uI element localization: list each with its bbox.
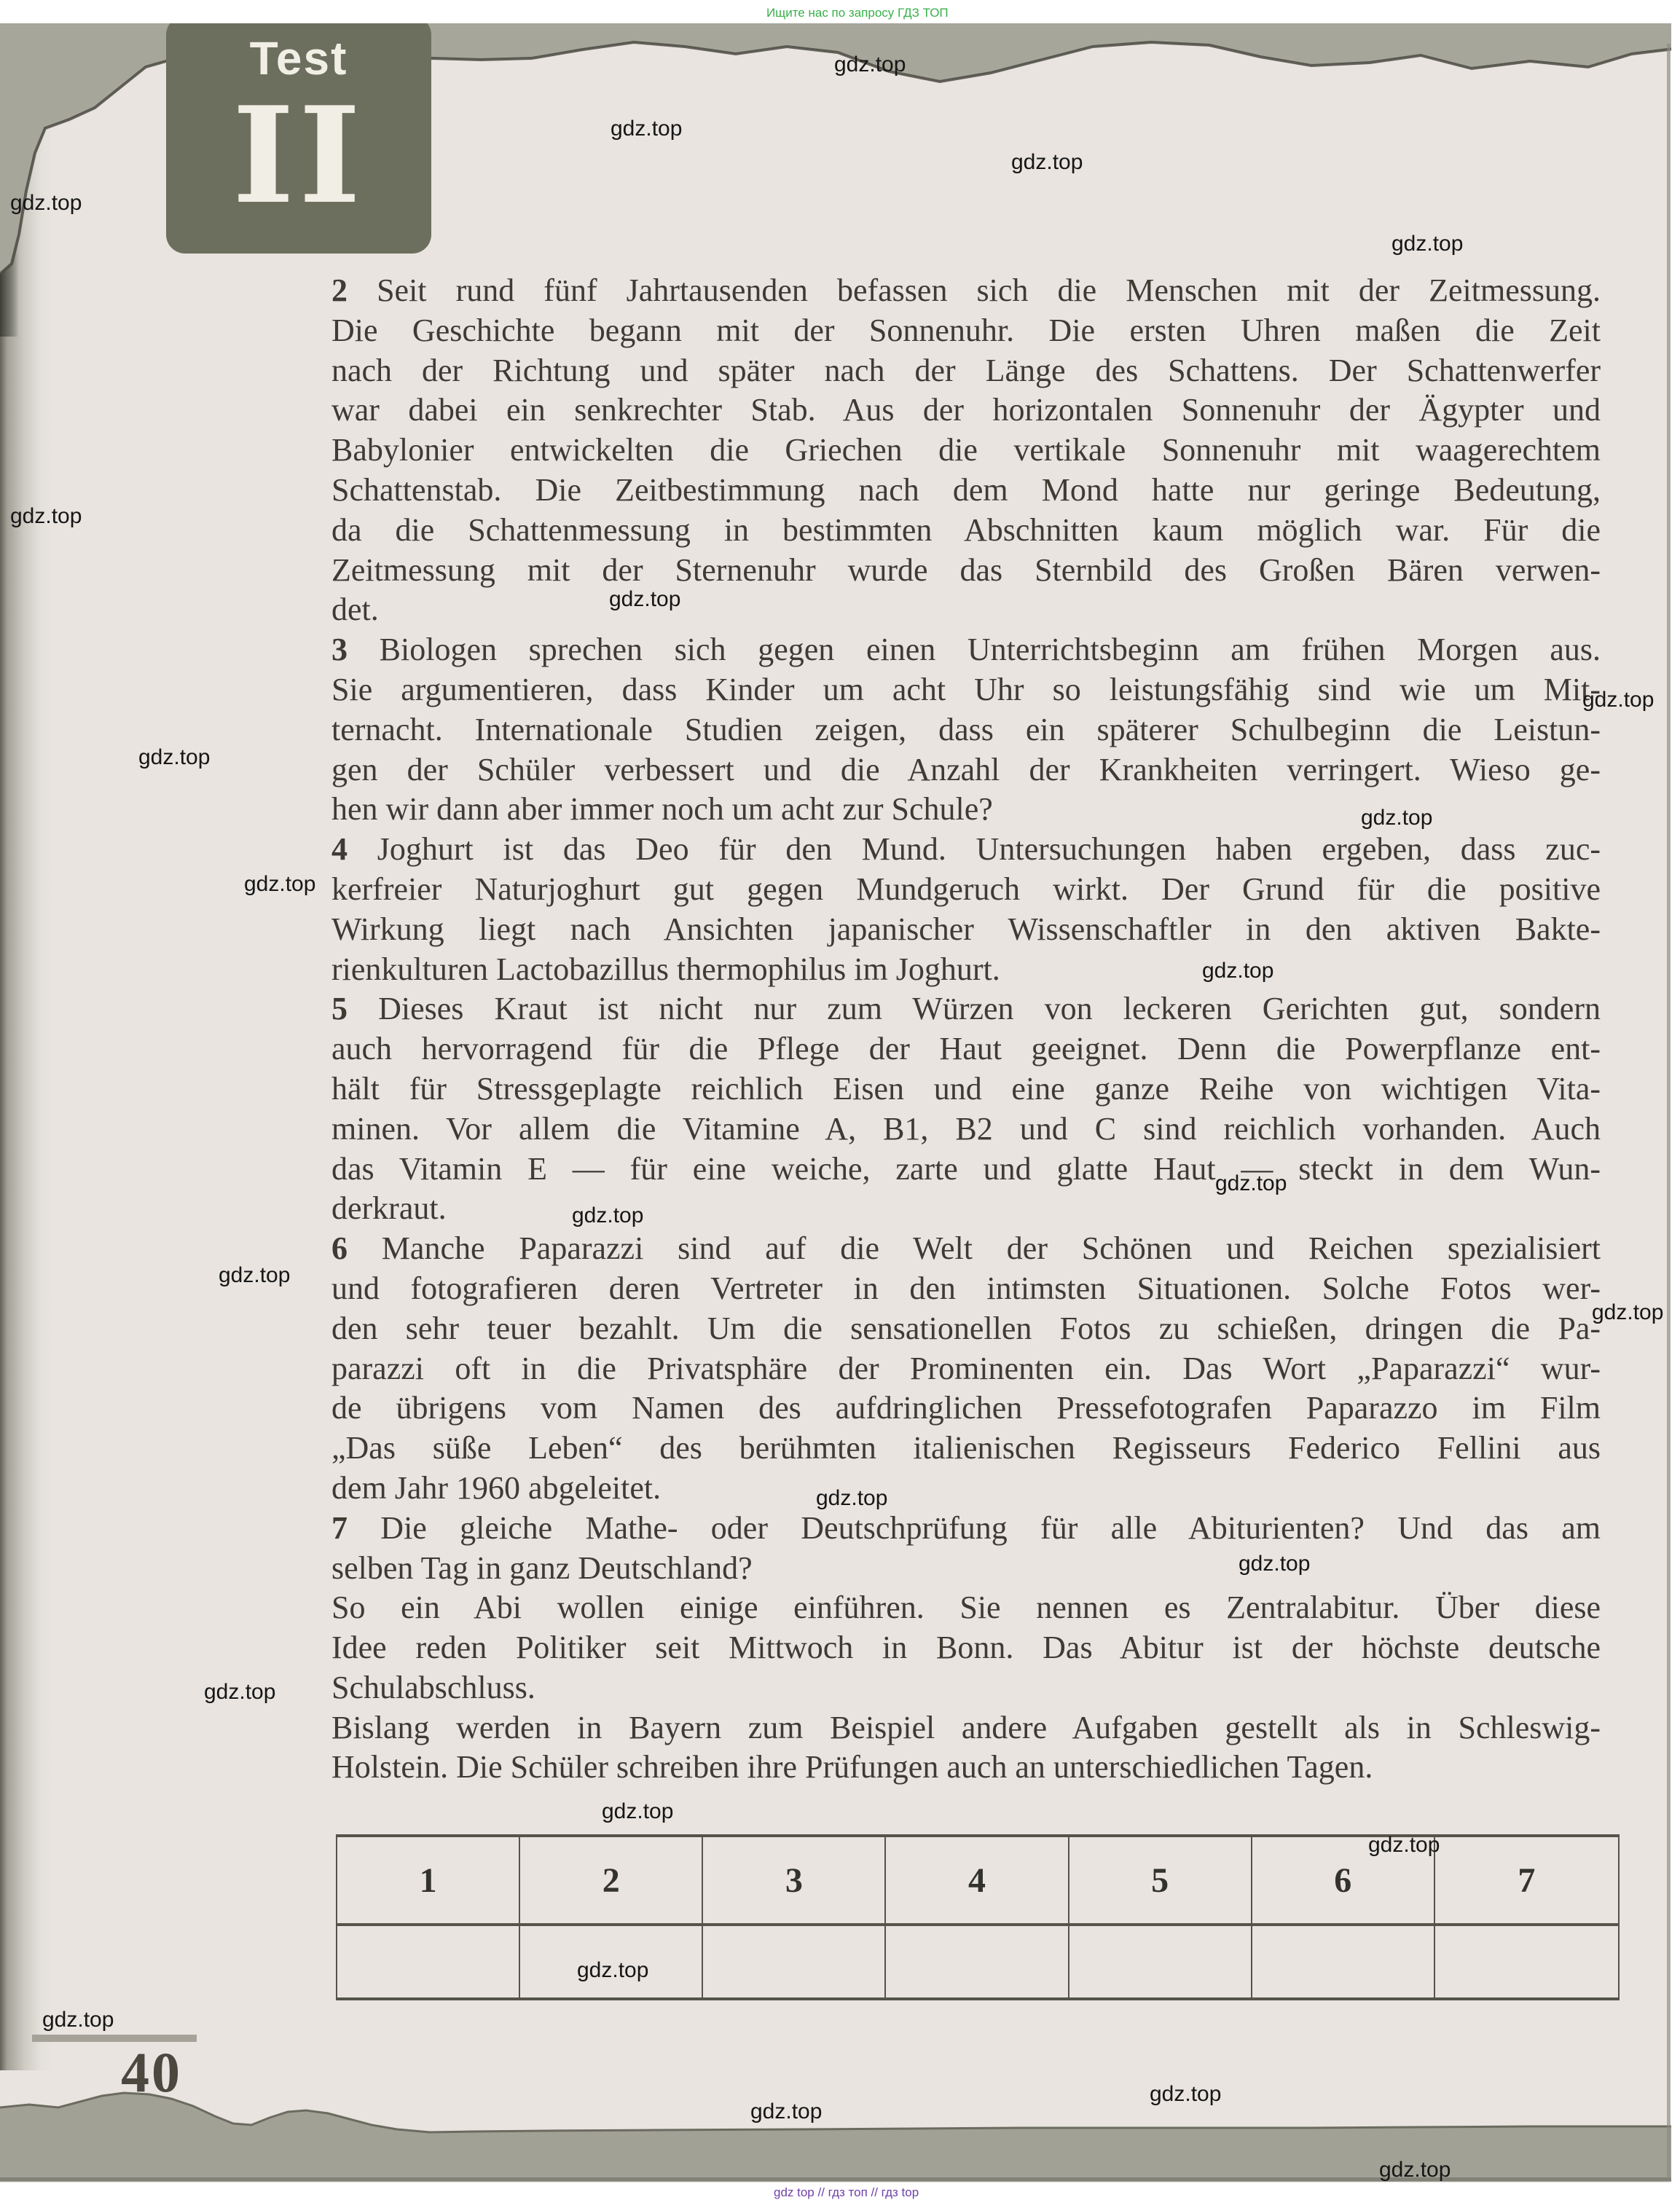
text-line: war dabei ein senkrechter Stab. Aus der … <box>331 390 1601 431</box>
text-line: Sie argumentieren, dass Kinder um acht U… <box>331 670 1601 710</box>
text-line: kerfreier Naturjoghurt gut gegen Mundger… <box>331 870 1601 910</box>
watermark: gdz.top <box>1392 232 1463 256</box>
text-line: Idee reden Politiker seit Mittwoch in Bo… <box>331 1628 1601 1668</box>
text-line: de übrigens vom Namen des aufdringlichen… <box>331 1388 1601 1429</box>
table-header-cell: 1 <box>337 1837 520 1923</box>
test-badge-title: Test <box>166 35 431 82</box>
text-line: det. <box>331 590 1601 630</box>
table-header-cell: 2 <box>520 1837 703 1923</box>
text-line: minen. Vor allem die Vitamine A, B1, B2 … <box>331 1109 1601 1150</box>
text-line: parazzi oft in die Privatsphäre der Prom… <box>331 1349 1601 1389</box>
paragraph-number: 2 <box>331 272 348 308</box>
table-header-cell: 7 <box>1435 1837 1618 1923</box>
answer-cell[interactable] <box>1069 1926 1252 1997</box>
watermark: gdz.top <box>244 872 315 897</box>
watermark: gdz.top <box>834 52 906 77</box>
footer-text: gdz top // гдз топ // гдз top <box>774 2185 919 2200</box>
text-line: Bislang werden in Bayern zum Beispiel an… <box>331 1708 1601 1748</box>
text-line: 7 Die gleiche Mathe- oder Deutschprüfung… <box>331 1509 1601 1549</box>
paragraph: 5 Dieses Kraut ist nicht nur zum Würzen … <box>331 989 1601 1229</box>
paragraph-number: 4 <box>331 831 348 867</box>
text-line: So ein Abi wollen einige einführen. Sie … <box>331 1588 1601 1628</box>
answer-cell[interactable] <box>886 1926 1069 1997</box>
test-badge: Test II <box>166 16 431 254</box>
paragraph-number: 3 <box>331 632 348 667</box>
paragraph: 7 Die gleiche Mathe- oder Deutschprüfung… <box>331 1509 1601 1589</box>
text-line: das Vitamin E — für eine weiche, zarte u… <box>331 1150 1601 1190</box>
text-line: ternacht. Internationale Studien zeigen,… <box>331 710 1601 750</box>
watermark: gdz.top <box>816 1486 887 1511</box>
paragraph: 3 Biologen sprechen sich gegen einen Unt… <box>331 630 1601 830</box>
text-line: Schattenstab. Die Zeitbestimmung nach de… <box>331 471 1601 511</box>
text-line: 4 Joghurt ist das Deo für den Mund. Unte… <box>331 830 1601 870</box>
watermark: gdz.top <box>1368 1833 1440 1858</box>
promo-text-top: Ищите нас по запросу ГДЗ ТОП <box>766 6 949 20</box>
test-badge-number: II <box>166 89 431 221</box>
watermark: gdz.top <box>577 1958 648 1983</box>
text-line: „Das süße Leben“ des berühmten italienis… <box>331 1429 1601 1469</box>
watermark: gdz.top <box>602 1799 673 1824</box>
paragraph-number: 5 <box>331 991 348 1026</box>
paragraph: 4 Joghurt ist das Deo für den Mund. Unte… <box>331 830 1601 989</box>
watermark: gdz.top <box>10 504 82 529</box>
answer-cell[interactable] <box>1435 1926 1618 1997</box>
text-line: gen der Schüler verbessert und die Anzah… <box>331 750 1601 790</box>
paragraph: 2 Seit rund fünf Jahrtausenden befassen … <box>331 271 1601 630</box>
table-header-cell: 5 <box>1069 1837 1252 1923</box>
watermark: gdz.top <box>1592 1300 1663 1325</box>
answer-table-body-row <box>337 1926 1618 2000</box>
watermark: gdz.top <box>611 117 682 141</box>
page-number: 40 <box>121 2040 182 2105</box>
answer-cell[interactable] <box>337 1926 520 1997</box>
text-line: da die Schattenmessung in bestimmten Abs… <box>331 511 1601 551</box>
watermark: gdz.top <box>1379 2158 1451 2183</box>
text-line: 5 Dieses Kraut ist nicht nur zum Würzen … <box>331 989 1601 1029</box>
answer-cell[interactable] <box>703 1926 886 1997</box>
paragraph: So ein Abi wollen einige einführen. Sie … <box>331 1588 1601 1708</box>
watermark: gdz.top <box>10 191 82 216</box>
text-line: Babylonier entwickelten die Griechen die… <box>331 431 1601 471</box>
paragraph-number: 7 <box>331 1510 348 1546</box>
page-right-edge-line <box>1667 44 1671 2178</box>
scanned-test-page: Test II 2 Seit rund fünf Jahrtausenden b… <box>0 0 1680 2208</box>
watermark: gdz.top <box>572 1203 643 1228</box>
text-line: und fotografieren deren Vertreter in den… <box>331 1269 1601 1309</box>
watermark: gdz.top <box>1011 150 1083 175</box>
watermark: gdz.top <box>1215 1171 1287 1196</box>
watermark: gdz.top <box>1239 1552 1310 1576</box>
watermark: gdz.top <box>750 2099 822 2124</box>
watermark: gdz.top <box>1582 688 1654 712</box>
watermark: gdz.top <box>138 745 210 770</box>
answer-cell[interactable] <box>1252 1926 1435 1997</box>
text-line: Wirkung liegt nach Ansichten japanischer… <box>331 910 1601 950</box>
paragraph-number: 6 <box>331 1230 348 1266</box>
text-line: den sehr teuer bezahlt. Um die sensation… <box>331 1309 1601 1349</box>
text-line: selben Tag in ganz Deutschland? <box>331 1549 1601 1589</box>
text-block: 2 Seit rund fünf Jahrtausenden befassen … <box>331 271 1601 1788</box>
answer-table: 1234567 <box>336 1834 1620 2000</box>
scan-margin-right <box>1671 0 1680 2208</box>
paragraph: 6 Manche Paparazzi sind auf die Welt der… <box>331 1229 1601 1509</box>
text-line: auch hervorragend für die Pflege der Hau… <box>331 1029 1601 1069</box>
table-header-cell: 3 <box>703 1837 886 1923</box>
paragraph: Bislang werden in Bayern zum Beispiel an… <box>331 1708 1601 1788</box>
watermark: gdz.top <box>42 2008 114 2032</box>
watermark: gdz.top <box>219 1263 290 1288</box>
text-line: derkraut. <box>331 1189 1601 1229</box>
text-line: Holstein. Die Schüler schreiben ihre Prü… <box>331 1748 1601 1788</box>
text-line: Schulabschluss. <box>331 1668 1601 1708</box>
text-line: rienkulturen Lactobazillus thermophilus … <box>331 950 1601 990</box>
watermark: gdz.top <box>1150 2082 1221 2107</box>
text-line: 6 Manche Paparazzi sind auf die Welt der… <box>331 1229 1601 1269</box>
watermark: gdz.top <box>1361 806 1432 830</box>
text-line: hält für Stressgeplagte reichlich Eisen … <box>331 1069 1601 1109</box>
text-line: 2 Seit rund fünf Jahrtausenden befassen … <box>331 271 1601 311</box>
text-line: 3 Biologen sprechen sich gegen einen Unt… <box>331 630 1601 670</box>
watermark: gdz.top <box>1202 959 1273 983</box>
watermark: gdz.top <box>204 1680 275 1705</box>
text-line: nach der Richtung und später nach der Lä… <box>331 351 1601 391</box>
text-line: dem Jahr 1960 abgeleitet. <box>331 1469 1601 1509</box>
watermark: gdz.top <box>609 587 680 612</box>
text-line: Die Geschichte begann mit der Sonnenuhr.… <box>331 311 1601 351</box>
table-header-cell: 4 <box>886 1837 1069 1923</box>
text-line: Zeitmessung mit der Sternenuhr wurde das… <box>331 551 1601 591</box>
